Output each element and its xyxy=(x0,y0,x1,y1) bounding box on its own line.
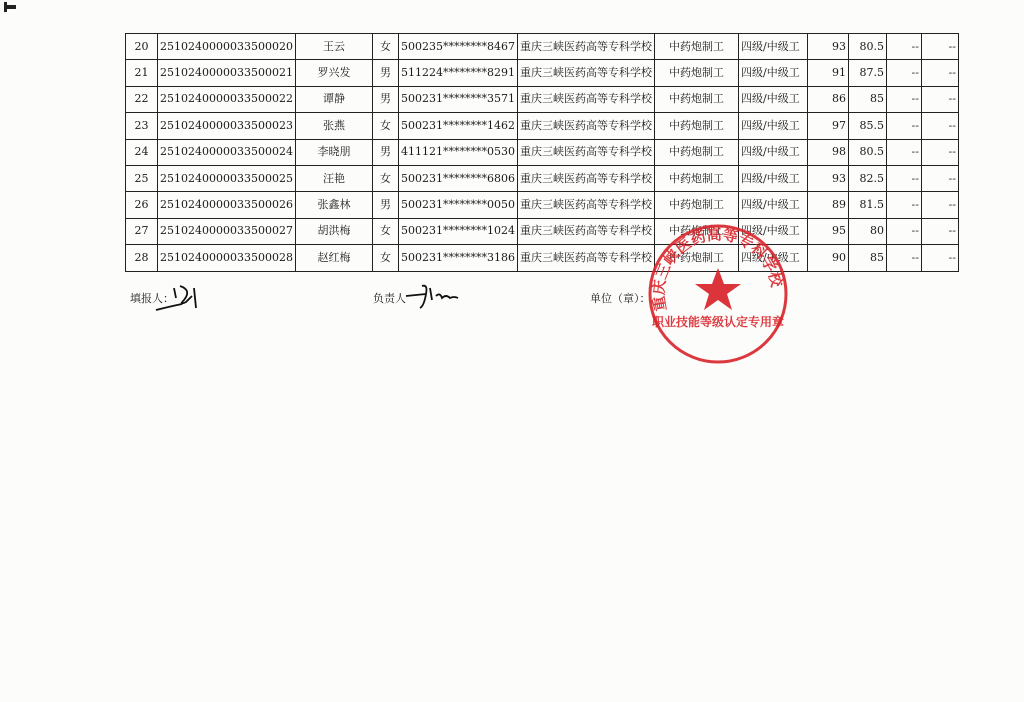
table-row: 252510240000033500025汪艳女500231********68… xyxy=(126,165,959,191)
filler-signature xyxy=(152,280,207,316)
level-cell: 四级/中级工 xyxy=(738,139,807,165)
occupation-cell: 中药炮制工 xyxy=(654,113,738,139)
name-cell: 李晓朋 xyxy=(295,139,372,165)
level-cell: 四级/中级工 xyxy=(738,113,807,139)
extra-score-a-cell: -- xyxy=(886,165,921,191)
practical-score-cell: 80 xyxy=(848,218,886,244)
name-cell: 赵红梅 xyxy=(295,245,372,271)
extra-score-b-cell: -- xyxy=(921,34,958,60)
id-number-cell: 500231********6806 xyxy=(398,165,517,191)
id-number-cell: 500231********0050 xyxy=(398,192,517,218)
gender-cell: 女 xyxy=(372,165,398,191)
row-number-cell: 26 xyxy=(126,192,158,218)
organization-cell: 重庆三峡医药高等专科学校 xyxy=(517,245,654,271)
certificate-id-cell: 2510240000033500028 xyxy=(158,245,296,271)
theory-score-cell: 97 xyxy=(807,113,848,139)
certificate-id-cell: 2510240000033500026 xyxy=(158,192,296,218)
certificate-id-cell: 2510240000033500024 xyxy=(158,139,296,165)
id-number-cell: 500231********3571 xyxy=(398,86,517,112)
certificate-id-cell: 2510240000033500027 xyxy=(158,218,296,244)
occupation-cell: 中药炮制工 xyxy=(654,139,738,165)
practical-score-cell: 85.5 xyxy=(848,113,886,139)
theory-score-cell: 91 xyxy=(807,60,848,86)
extra-score-b-cell: -- xyxy=(921,60,958,86)
extra-score-a-cell: -- xyxy=(886,34,921,60)
organization-cell: 重庆三峡医药高等专科学校 xyxy=(517,192,654,218)
name-cell: 罗兴发 xyxy=(295,60,372,86)
name-cell: 王云 xyxy=(295,34,372,60)
name-cell: 张燕 xyxy=(295,113,372,139)
practical-score-cell: 80.5 xyxy=(848,34,886,60)
certificate-id-cell: 2510240000033500021 xyxy=(158,60,296,86)
gender-cell: 女 xyxy=(372,218,398,244)
row-number-cell: 28 xyxy=(126,245,158,271)
theory-score-cell: 86 xyxy=(807,86,848,112)
responsible-label: 负责人 xyxy=(373,290,406,306)
id-number-cell: 500235********8467 xyxy=(398,34,517,60)
extra-score-a-cell: -- xyxy=(886,192,921,218)
row-number-cell: 23 xyxy=(126,113,158,139)
theory-score-cell: 90 xyxy=(807,245,848,271)
organization-cell: 重庆三峡医药高等专科学校 xyxy=(517,139,654,165)
table-row: 282510240000033500028赵红梅女500231********3… xyxy=(126,245,959,271)
certificate-id-cell: 2510240000033500020 xyxy=(158,34,296,60)
theory-score-cell: 93 xyxy=(807,165,848,191)
theory-score-cell: 95 xyxy=(807,218,848,244)
practical-score-cell: 85 xyxy=(848,245,886,271)
level-cell: 四级/中级工 xyxy=(738,86,807,112)
table-row: 232510240000033500023张燕女500231********14… xyxy=(126,113,959,139)
level-cell: 四级/中级工 xyxy=(738,192,807,218)
practical-score-cell: 82.5 xyxy=(848,165,886,191)
practical-score-cell: 87.5 xyxy=(848,60,886,86)
row-number-cell: 24 xyxy=(126,139,158,165)
extra-score-a-cell: -- xyxy=(886,113,921,139)
extra-score-b-cell: -- xyxy=(921,245,958,271)
gender-cell: 男 xyxy=(372,60,398,86)
extra-score-a-cell: -- xyxy=(886,86,921,112)
occupation-cell: 中药炮制工 xyxy=(654,34,738,60)
occupation-cell: 中药炮制工 xyxy=(654,165,738,191)
level-cell: 四级/中级工 xyxy=(738,34,807,60)
name-cell: 汪艳 xyxy=(295,165,372,191)
extra-score-a-cell: -- xyxy=(886,60,921,86)
id-number-cell: 500231********1024 xyxy=(398,218,517,244)
occupation-cell: 中药炮制工 xyxy=(654,60,738,86)
gender-cell: 男 xyxy=(372,192,398,218)
roster-table: 202510240000033500020王云女500235********84… xyxy=(125,33,959,272)
practical-score-cell: 80.5 xyxy=(848,139,886,165)
organization-cell: 重庆三峡医药高等专科学校 xyxy=(517,86,654,112)
certificate-id-cell: 2510240000033500025 xyxy=(158,165,296,191)
occupation-cell: 中药炮制工 xyxy=(654,192,738,218)
extra-score-a-cell: -- xyxy=(886,245,921,271)
occupation-cell: 中药炮制工 xyxy=(654,86,738,112)
certificate-id-cell: 2510240000033500023 xyxy=(158,113,296,139)
gender-cell: 男 xyxy=(372,139,398,165)
table-row: 202510240000033500020王云女500235********84… xyxy=(126,34,959,60)
gender-cell: 男 xyxy=(372,86,398,112)
stamp-bottom-text: 职业技能等级认定专用章 xyxy=(652,314,784,329)
extra-score-b-cell: -- xyxy=(921,165,958,191)
gender-cell: 女 xyxy=(372,113,398,139)
practical-score-cell: 81.5 xyxy=(848,192,886,218)
id-number-cell: 411121********0530 xyxy=(398,139,517,165)
name-cell: 胡洪梅 xyxy=(295,218,372,244)
organization-cell: 重庆三峡医药高等专科学校 xyxy=(517,113,654,139)
theory-score-cell: 98 xyxy=(807,139,848,165)
theory-score-cell: 89 xyxy=(807,192,848,218)
organization-cell: 重庆三峡医药高等专科学校 xyxy=(517,218,654,244)
extra-score-a-cell: -- xyxy=(886,139,921,165)
gender-cell: 女 xyxy=(372,245,398,271)
organization-cell: 重庆三峡医药高等专科学校 xyxy=(517,34,654,60)
star-icon xyxy=(695,268,741,310)
name-cell: 谭静 xyxy=(295,86,372,112)
level-cell: 四级/中级工 xyxy=(738,60,807,86)
row-number-cell: 27 xyxy=(126,218,158,244)
extra-score-b-cell: -- xyxy=(921,113,958,139)
organization-cell: 重庆三峡医药高等专科学校 xyxy=(517,60,654,86)
extra-score-b-cell: -- xyxy=(921,139,958,165)
extra-score-a-cell: -- xyxy=(886,218,921,244)
extra-score-b-cell: -- xyxy=(921,192,958,218)
row-number-cell: 20 xyxy=(126,34,158,60)
official-stamp: 重庆三峡医药高等专科学校 职业技能等级认定专用章 xyxy=(646,222,790,366)
extra-score-b-cell: -- xyxy=(921,86,958,112)
practical-score-cell: 85 xyxy=(848,86,886,112)
responsible-signature xyxy=(404,282,464,312)
id-number-cell: 511224********8291 xyxy=(398,60,517,86)
scan-corner-mark xyxy=(4,5,16,9)
row-number-cell: 21 xyxy=(126,60,158,86)
certificate-id-cell: 2510240000033500022 xyxy=(158,86,296,112)
table-row: 212510240000033500021罗兴发男511224********8… xyxy=(126,60,959,86)
level-cell: 四级/中级工 xyxy=(738,165,807,191)
table-row: 262510240000033500026张鑫林男500231********0… xyxy=(126,192,959,218)
id-number-cell: 500231********3186 xyxy=(398,245,517,271)
theory-score-cell: 93 xyxy=(807,34,848,60)
extra-score-b-cell: -- xyxy=(921,218,958,244)
gender-cell: 女 xyxy=(372,34,398,60)
name-cell: 张鑫林 xyxy=(295,192,372,218)
table-row: 272510240000033500027胡洪梅女500231********1… xyxy=(126,218,959,244)
row-number-cell: 25 xyxy=(126,165,158,191)
id-number-cell: 500231********1462 xyxy=(398,113,517,139)
table-row: 242510240000033500024李晓朋男411121********0… xyxy=(126,139,959,165)
row-number-cell: 22 xyxy=(126,86,158,112)
organization-cell: 重庆三峡医药高等专科学校 xyxy=(517,165,654,191)
unit-label: 单位（章）： xyxy=(590,290,651,306)
table-row: 222510240000033500022谭静男500231********35… xyxy=(126,86,959,112)
